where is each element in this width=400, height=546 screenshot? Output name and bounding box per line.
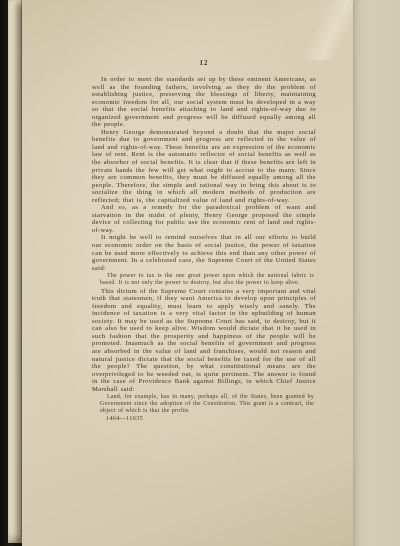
paragraph-5: This dictum of the Supreme Court contain… — [92, 288, 316, 394]
page-number: 12 — [92, 60, 316, 67]
marshall-quote: Land, for example, has in many, perhaps … — [100, 394, 314, 414]
paragraph-3: And so, as a remedy for the paradoxical … — [92, 204, 316, 234]
supreme-court-quote: The power to tax is the one great power … — [100, 273, 314, 286]
book-scan: 12 In order to meet the standards set up… — [0, 0, 400, 546]
page-text-block: 12 In order to meet the standards set up… — [92, 60, 316, 422]
facing-page-edge — [350, 0, 400, 546]
footer-code: 1464—11635 — [106, 416, 316, 422]
paragraph-1: In order to meet the standards set up by… — [92, 76, 316, 129]
book-page: 12 In order to meet the standards set up… — [22, 0, 353, 546]
paragraph-2: Henry George demonstrated beyond a doubt… — [92, 129, 316, 204]
paragraph-4: It might be well to remind ourselves tha… — [92, 234, 316, 272]
page-fold-highlight — [263, 0, 353, 60]
